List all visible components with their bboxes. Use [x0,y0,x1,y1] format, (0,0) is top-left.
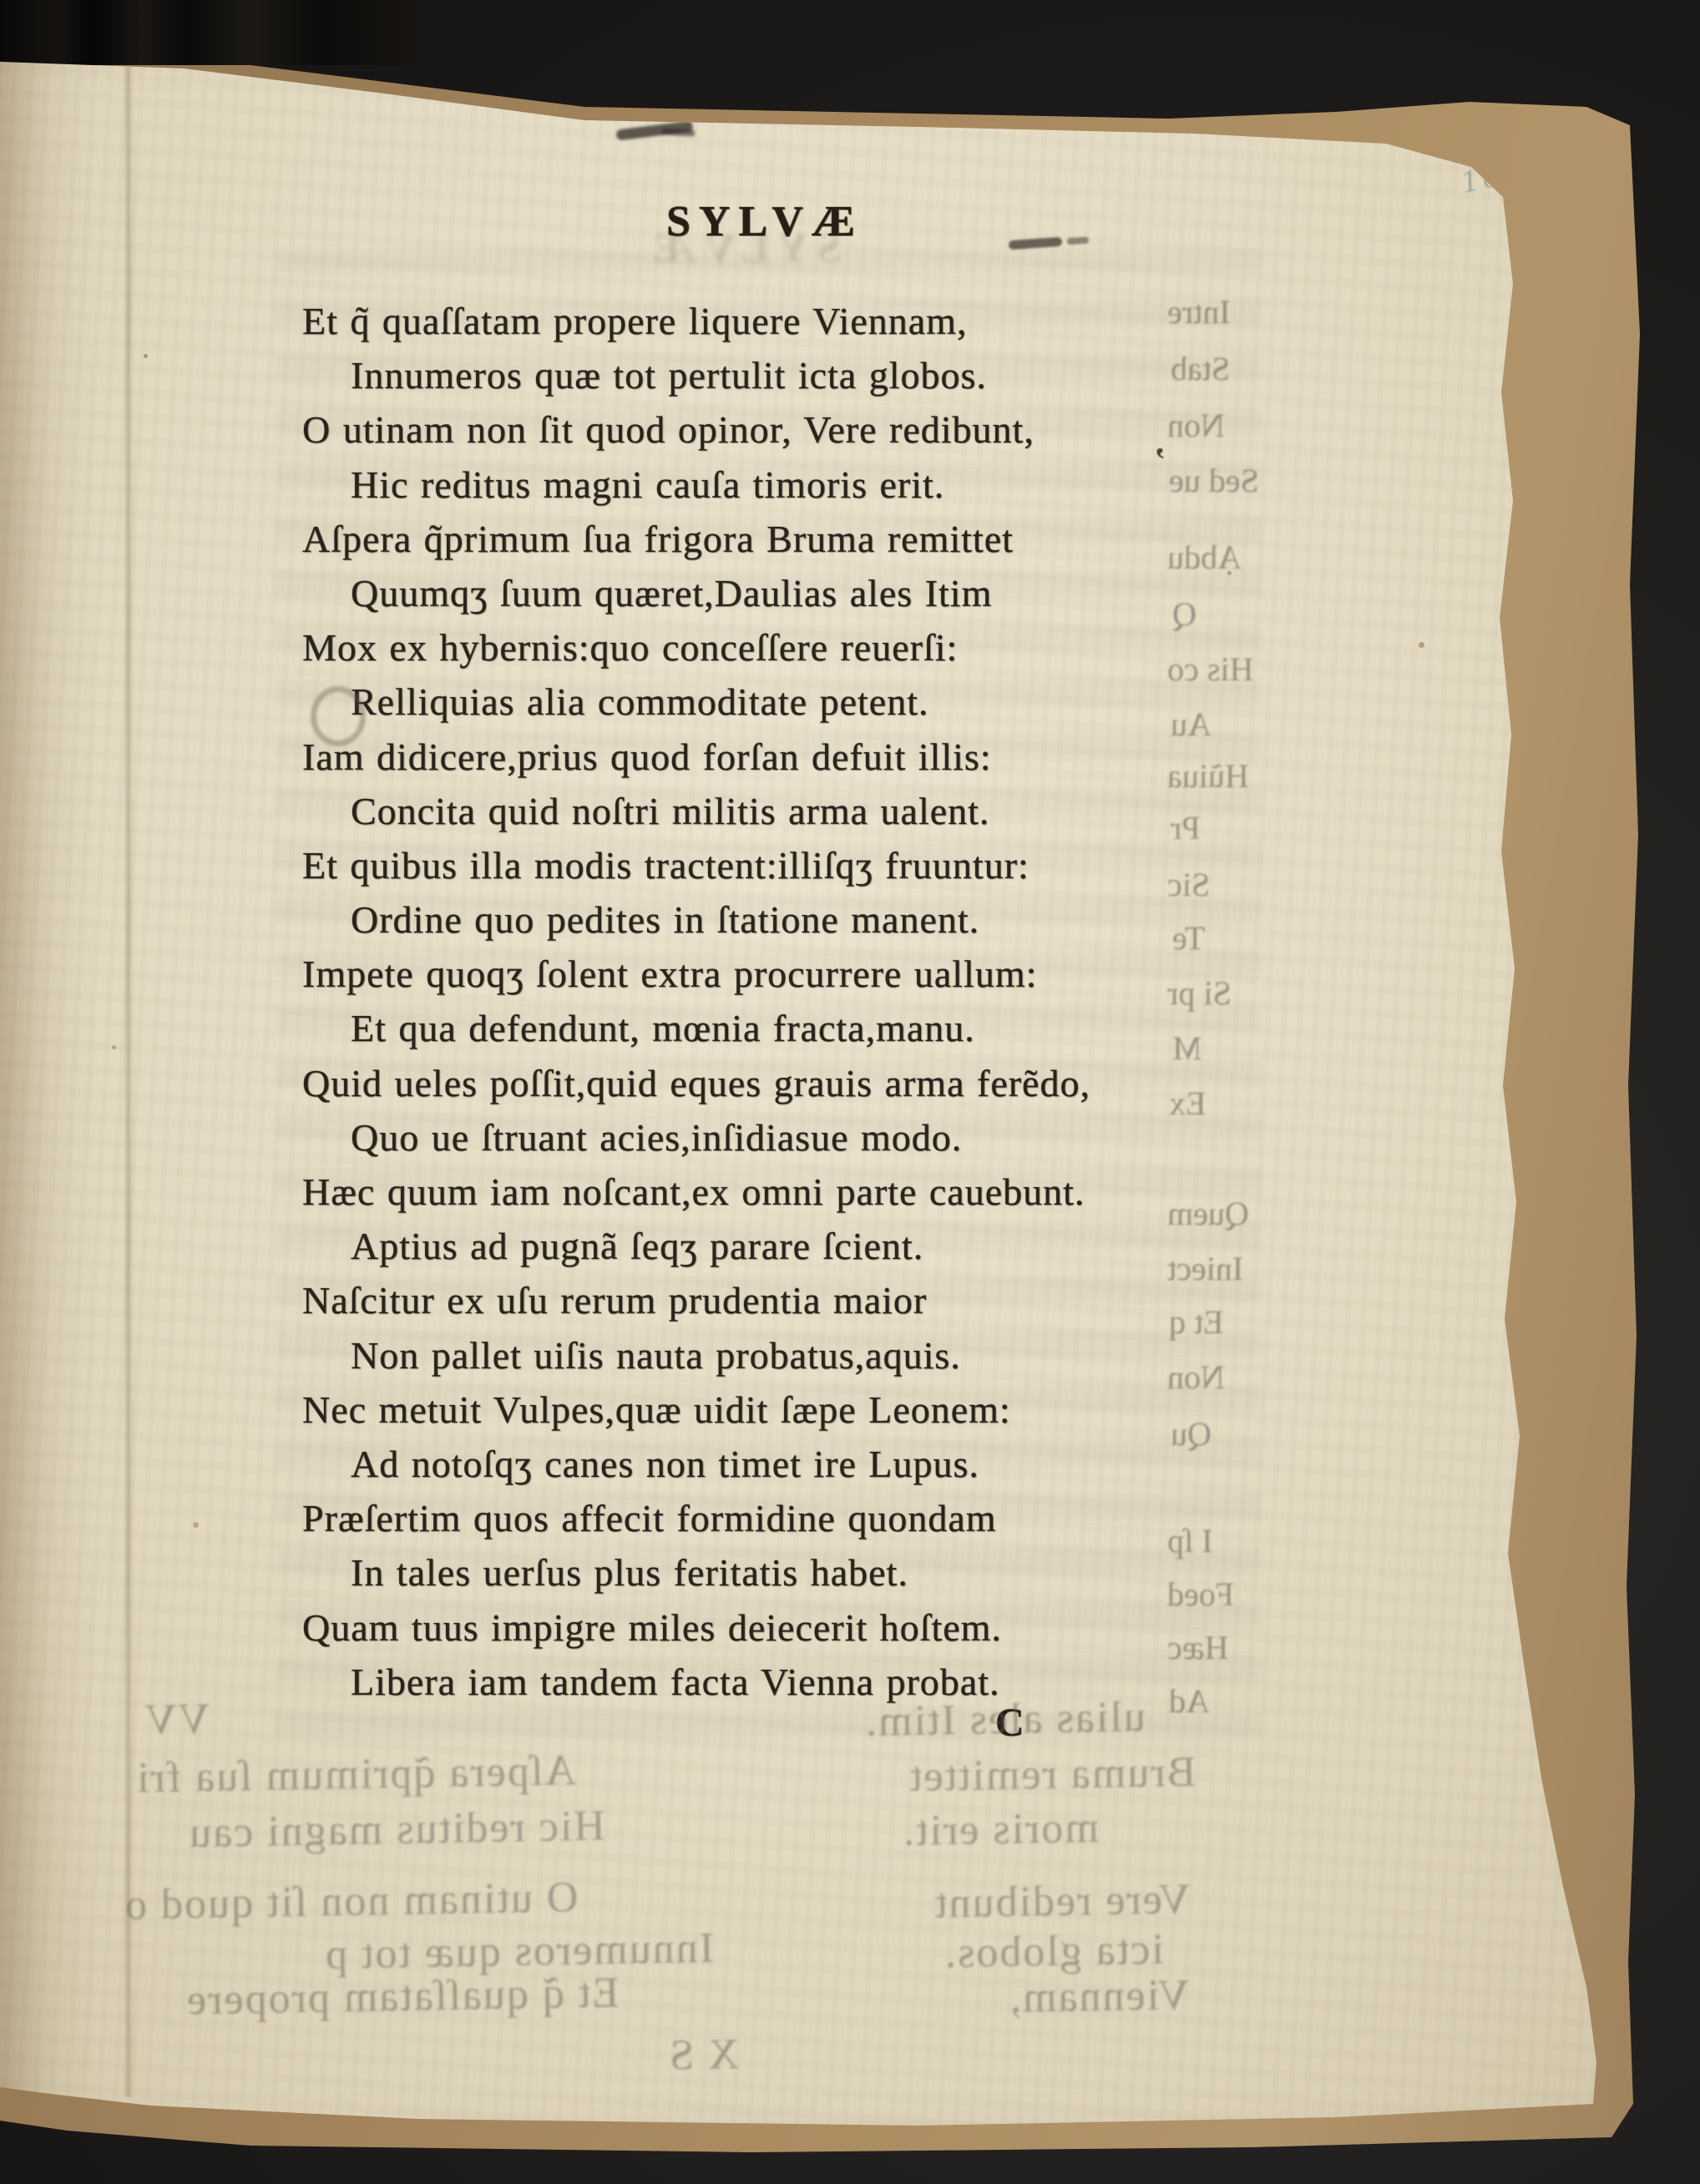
show-through-fragment: moris erit. [902,1803,1100,1856]
poem-line: Non pallet uiſis nauta probatus,aquis. [302,1328,1288,1383]
poem-line: In tales uerſus plus feritatis habet. [302,1545,1288,1600]
show-through-fragment: Quem [1167,1194,1249,1233]
show-through-fragment: Ad [1169,1681,1210,1721]
poem-text-block: Et q̃ quaſſatam propere liquere Viennam,… [302,294,1288,1709]
show-through-fragment: X S [667,2030,740,2080]
show-through-fragment: Non [1167,406,1225,445]
poem-line: Naſcitur ex uſu rerum prudentia maior [302,1273,1288,1327]
scanned-book-photo: { "page": { "header": "SYLVÆ", "folio_nu… [0,0,1700,2184]
show-through-fragment: Aſpera q̃primum ſua fri [135,1746,577,1802]
show-through-fragment: M [1172,1029,1202,1068]
poem-line: Et quibus illa modis tractent:illiſqʒ fr… [302,838,1288,892]
poem-line: Et qua defendunt, mœnia fracta,manu. [302,1001,1288,1055]
show-through-fragment: icta globos. [944,1925,1165,1979]
show-through-fragment: Viennam, [1009,1970,1190,2023]
show-through-fragment: Bruma remittet [908,1747,1197,1802]
show-through-fragment: ulias ales Itim. [864,1692,1146,1747]
show-through-fragment: VV [143,1694,210,1744]
poem-line: Quam tuus impigre miles deiecerit hoſtem… [302,1600,1288,1655]
show-through-fragment: Et q̃ quaſſatam propere [185,1968,620,2025]
show-through-fragment: His co [1167,650,1253,689]
show-through-fragment: Stab [1171,349,1230,388]
poem-line: Aptius ad pugnã ſeqʒ parare ſcient. [302,1219,1288,1273]
show-through-fragment: Et q [1169,1302,1224,1342]
poem-line: Ordine quo pedites in ſtatione manent. [302,892,1288,947]
show-through-fragment: Sic [1167,865,1210,904]
show-through-fragment: Te [1172,918,1205,958]
poem-line: O utinam non ſit quod opinor, Vere redib… [302,402,1288,457]
show-through-fragment: Iniect [1167,1249,1243,1288]
show-through-fragment: Q [1172,594,1197,634]
show-through-fragment: Foed [1167,1575,1234,1614]
poem-line: Quumqʒ ſuum quæret,Daulias ales Itim [302,566,1288,620]
poem-line: Et q̃ quaſſatam propere liquere Viennam, [302,294,1288,348]
gutter-crease [124,67,135,2097]
ink-smudge [1009,237,1063,250]
poem-line: Innumeros quæ tot pertulit icta globos. [302,348,1288,402]
poem-line: Hæc quum iam noſcant,ex omni parte caueb… [302,1165,1288,1219]
poem-line: Quo ue ſtruant acies,inſidiasue modo. [302,1110,1288,1165]
page-title: SYLVÆ [666,197,863,246]
show-through-fragment: Hæc [1167,1628,1228,1667]
show-through-fragment: I ſp [1167,1521,1212,1560]
show-through-fragment: Intre [1167,292,1231,331]
poem-line: Concita quid noſtri militis arma ualent. [302,784,1288,838]
poem-line: Mox ex hybernis:quo conceſſere reuerſi: [302,620,1288,675]
ink-smudge [616,120,694,140]
poem-line: Nec metuit Vulpes,quæ uidit ſæpe Leonem: [302,1383,1288,1437]
book-spine-shadow [0,0,417,65]
show-through-fragment: Si pr [1167,973,1232,1013]
book-page: SYLVÆ SYLVÆ 10 Et q̃ quaſſatam propere l… [0,0,1700,2184]
poem-line: Impete quoqʒ ſolent extra procurrere ual… [302,947,1288,1001]
show-through-ring [311,686,366,746]
poem-line: Iam didicere,prius quod forſan defuit il… [302,730,1288,784]
poem-line: Hic reditus magni cauſa timoris erit. [302,458,1288,512]
show-through-fragment: Ex [1169,1084,1206,1123]
show-through-fragment: Au [1171,705,1212,744]
show-through-fragment: O utinam non ſit quod o [124,1873,579,1929]
poem-line: Ad notoſqʒ canes non timet ire Lupus. [302,1437,1288,1491]
show-through-fragment: Non [1167,1357,1225,1397]
foxing-specks [144,354,148,358]
show-through-fragment: Qu [1171,1414,1212,1453]
show-through-fragment: Hũiua [1167,756,1249,796]
poem-line: Quid ueles poſſit,quid eques grauis arma… [302,1056,1288,1110]
show-through-fragment: Pr [1171,808,1201,847]
show-through-fragment: Hic reditus magni cau [188,1802,606,1858]
show-through-fragment: Abdu [1167,538,1242,577]
show-through-fragment: , [1156,422,1164,462]
poem-line: Aſpera q̃primum ſua frigora Bruma remitt… [302,512,1288,566]
poem-line: Præſertim quos affecit formidine quondam [302,1491,1288,1545]
poem-line: Relliquias alia commoditate petent. [302,675,1288,729]
show-through-fragment: Vere redibunt [933,1874,1192,1928]
show-through-fragment: Sed ue [1169,461,1259,500]
